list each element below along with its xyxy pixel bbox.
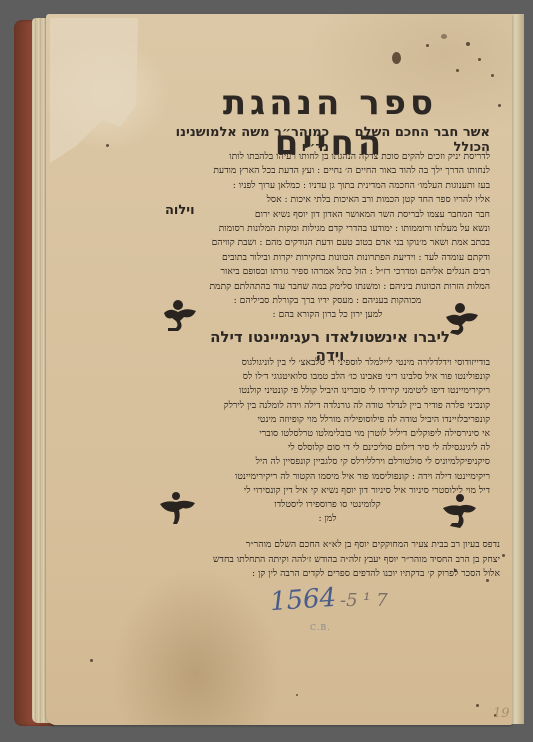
winged-figure-emblem-icon [438,492,480,532]
text-line: לה ליגינגסילה לי סיר דילום סוליכינם לי ד… [165,441,490,455]
text-line: ונשא על מעלתו ורוממותו : ימודעו בהדרי קד… [165,222,490,236]
stain [426,44,429,47]
text-line: קונכיני פלרה פודיר ביין לנדלר טודה לה גו… [165,399,490,413]
winged-figure-emblem-icon [160,297,202,337]
stain [491,74,494,77]
text-line: בודייזודוסי וידלדלירה מינטי ליילמלר לוספ… [165,356,490,370]
stain [476,704,479,707]
text-line: יצחק בן הרב החסיד מוהר״ר יוסף יעבץ זלה״ה… [200,553,500,568]
stain [296,694,298,696]
stain [441,34,447,39]
paper-repair-patch [50,18,138,163]
winged-figure-emblem-icon [157,490,199,530]
library-stamp: C.B. [310,623,331,632]
pencil-annotation: -5 ¹ 7 [340,590,388,611]
text-line: אי סינירסילה ליפוקלים דיליל לוטרן מוי בו… [165,427,490,441]
stain [90,659,93,662]
text-line: בעז ותענוגות העלמו׳ החכמה המדינית בתוך ג… [165,179,490,193]
text-line: חבר המחבר עצמו לבריסת השר המאושר האדון ד… [205,208,490,222]
colophon: נדפס בעיון רב בבית צעיר המחוקקים יוסף בן… [200,538,500,582]
text-line: המלות הזרות הכוונות ביניהם : ומשנתו סלימ… [165,280,490,294]
text-line: קונפולינטו פור איל סלבינו ריני פאבינו כו… [165,370,490,384]
text-line: אליו להריו ספר החד קטן הכמות ורב האיכות … [205,193,490,207]
folio-mark: 19 [493,706,510,721]
stain [498,104,501,107]
text-line: לנחותו הדרך ילך בה להוד באור החיים ה׳ נח… [165,164,490,178]
handwritten-year: 1564 [269,583,337,618]
stain [106,144,109,147]
text-line: בכתב אמת ושאר מ׳נוקו בני אדם בטוב טעם וד… [165,236,490,250]
text-line: רבים הנגלים אליהם ומדרכי רז״ל : הזל כתל … [165,265,490,279]
text-line: סיקניפיקלמיוניס לי סולטורלם וירללירלס קי… [165,455,490,469]
stain [456,69,459,72]
stain [466,42,470,46]
text-line: אלול הסכר לפרוק ק׳ בדקתיו יוכנו להדפים ס… [200,567,500,582]
text-line: קונפריבלזיינדו היביל טודה לה פילוסופיליה… [165,413,490,427]
text-line: ריקימיינטו דילה וידה : קונפוליסמו פור אי… [165,470,490,484]
text-line: ריקירימיינטו דיפו ליטימני קירידו לי סובר… [165,384,490,398]
stain [392,52,401,64]
stain [502,554,505,557]
text-line: ודקתם עומדה לעד : וידיעת הפתרונות הכוונו… [165,251,490,265]
text-line: לדריסת יניק וזכים להקים סוכת צדקה הנהגתו… [165,150,490,164]
intro-paragraph: לדריסת יניק וזכים להקים סוכת צדקה הנהגתו… [165,150,490,323]
stain [478,58,481,61]
text-line: נדפס בעיון רב בבית צעיר המחוקקים יוסף בן… [200,538,500,553]
